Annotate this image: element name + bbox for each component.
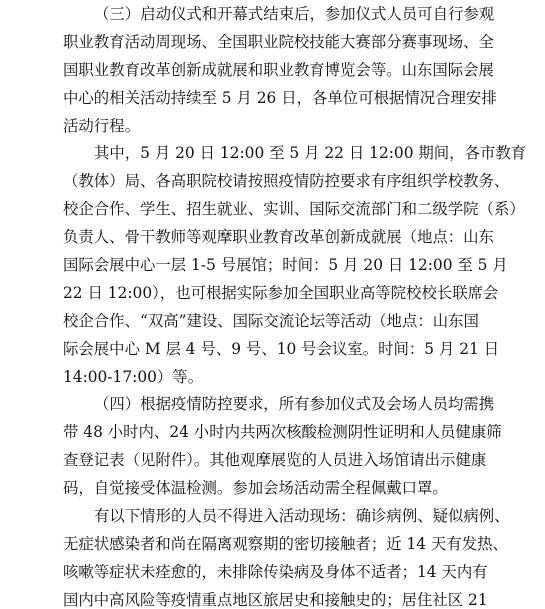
text-line: 无症状感染者和尚在隔离观察期的密切接触者；近 14 天有发热、	[63, 531, 457, 559]
text-line: 咳嗽等症状未痊愈的，未排除传染病及身体不适者；14 天内有	[63, 559, 457, 587]
text-line: 22 日 12:00），也可根据实际参加全国职业高等院校校长联席会	[63, 280, 457, 308]
text-line: 国职业教育改革创新成就展和职业教育博览会等。山东国际会展	[63, 57, 457, 85]
text-line: 带 48 小时内、24 小时内共两次核酸检测阴性证明和人员健康筛	[63, 419, 457, 447]
text-line: 14:00-17:00）等。	[63, 364, 457, 392]
text-line: （三）启动仪式和开幕式结束后，参加仪式人员可自行参观	[63, 1, 457, 29]
text-line: 活动行程。	[63, 113, 457, 141]
document-body: （三）启动仪式和开幕式结束后，参加仪式人员可自行参观 职业教育活动周现场、全国职…	[63, 1, 457, 609]
text-line: 际会展中心 M 层 4 号、9 号、10 号会议室。时间：5 月 21 日	[63, 336, 457, 364]
text-line: 负责人、骨干教师等观摩职业教育改革创新成就展（地点：山东	[63, 224, 457, 252]
text-line: 校企合作、“双高”建设、国际交流论坛等活动（地点：山东国	[63, 308, 457, 336]
text-line: （教体）局、各高职院校请按照疫情防控要求有序组织学校教务、	[63, 168, 457, 196]
paragraph-viewing-period: 其中，5 月 20 日 12:00 至 5 月 22 日 12:00 期间，各市…	[63, 140, 457, 391]
text-line: 国际会展中心一层 1-5 号展馆；时间：5 月 20 日 12:00 至 5 月	[63, 252, 457, 280]
text-line: 有以下情形的人员不得进入活动现场：确诊病例、疑似病例、	[63, 503, 457, 531]
text-line: 其中，5 月 20 日 12:00 至 5 月 22 日 12:00 期间，各市…	[63, 140, 457, 168]
paragraph-exclusions: 有以下情形的人员不得进入活动现场：确诊病例、疑似病例、 无症状感染者和尚在隔离观…	[63, 503, 457, 609]
text-line: 码，自觉接受体温检测。参加会场活动需全程佩戴口罩。	[63, 475, 457, 503]
text-line: 查登记表（见附件）。其他观摩展览的人员进入场馆请出示健康	[63, 447, 457, 475]
text-line: （四）根据疫情防控要求，所有参加仪式及会场人员均需携	[63, 391, 457, 419]
text-line: 校企合作、学生、招生就业、实训、国际交流部门和二级学院（系）	[63, 196, 457, 224]
text-line: 国内中高风险等疫情重点地区旅居史和接触史的；居住社区 21	[63, 587, 457, 609]
paragraph-section-four: （四）根据疫情防控要求，所有参加仪式及会场人员均需携 带 48 小时内、24 小…	[63, 391, 457, 503]
text-line: 中心的相关活动持续至 5 月 26 日，各单位可根据情况合理安排	[63, 85, 457, 113]
paragraph-section-three: （三）启动仪式和开幕式结束后，参加仪式人员可自行参观 职业教育活动周现场、全国职…	[63, 1, 457, 140]
text-line: 职业教育活动周现场、全国职业院校技能大赛部分赛事现场、全	[63, 29, 457, 57]
